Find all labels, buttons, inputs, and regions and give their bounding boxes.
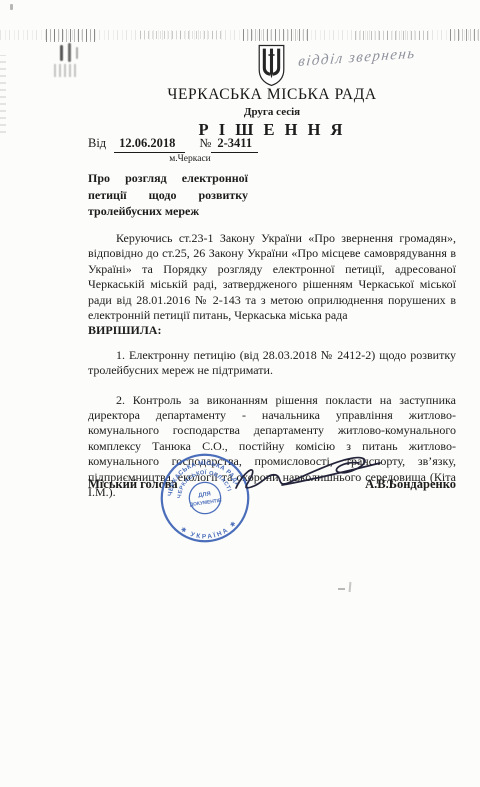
city-line: м.Черкаси [120,154,260,164]
scan-artifact-smudge [54,64,76,77]
scan-artifact-cluster [355,31,431,40]
resolution-item-1: 1. Електронну петицію (від 28.03.2018 № … [88,348,456,379]
subject-block: Про розгляд електронної петиції щодо роз… [88,170,248,220]
pencil-mark [338,588,345,590]
reference-row: Від 12.06.2018 № 2-3411 [88,136,456,153]
resolved-label: ВИРІШИЛА: [88,323,456,338]
document-header: ЧЕРКАСЬКА МІСЬКА РАДА Друга сесія Р І Ш … [88,86,456,140]
scan-artifact-cluster [140,31,222,39]
scan-artifact-smudge [60,45,63,61]
stamp-center-line1: ДЛЯ [198,491,211,499]
ukraine-trident-emblem [256,44,287,87]
stamp-bottom-text: ✱ УКРАЇНА ✱ [178,518,240,544]
pencil-mark [349,582,352,592]
reference-block: Від 12.06.2018 № 2-3411 м.Черкаси [88,136,456,164]
scanned-document-page: відділ звернень ЧЕРКАСЬКА МІСЬКА РАДА Др… [0,0,480,787]
organization-name: ЧЕРКАСЬКА МІСЬКА РАДА [88,86,456,104]
number-sign: № [199,136,211,151]
scan-artifact-edge [0,55,6,133]
document-number: 2-3411 [211,136,258,153]
scan-artifact-cluster [243,29,309,41]
scan-artifact-cluster [46,29,98,42]
handwritten-note: відділ звернень [297,42,468,71]
scan-artifact-smudge [76,47,78,59]
document-date: 12.06.2018 [114,136,185,153]
preamble-paragraph: Керуючись ст.23-1 Закону України «Про зв… [88,231,456,323]
handwritten-signature [226,448,388,500]
session-line: Друга сесія [88,106,456,118]
scan-artifact-cluster [450,29,480,41]
scan-artifact-smudge [68,43,71,62]
from-label: Від [88,136,106,151]
scan-artifact-dot [10,4,13,10]
svg-text:✱ УКРАЇНА ✱: ✱ УКРАЇНА ✱ [178,518,240,544]
